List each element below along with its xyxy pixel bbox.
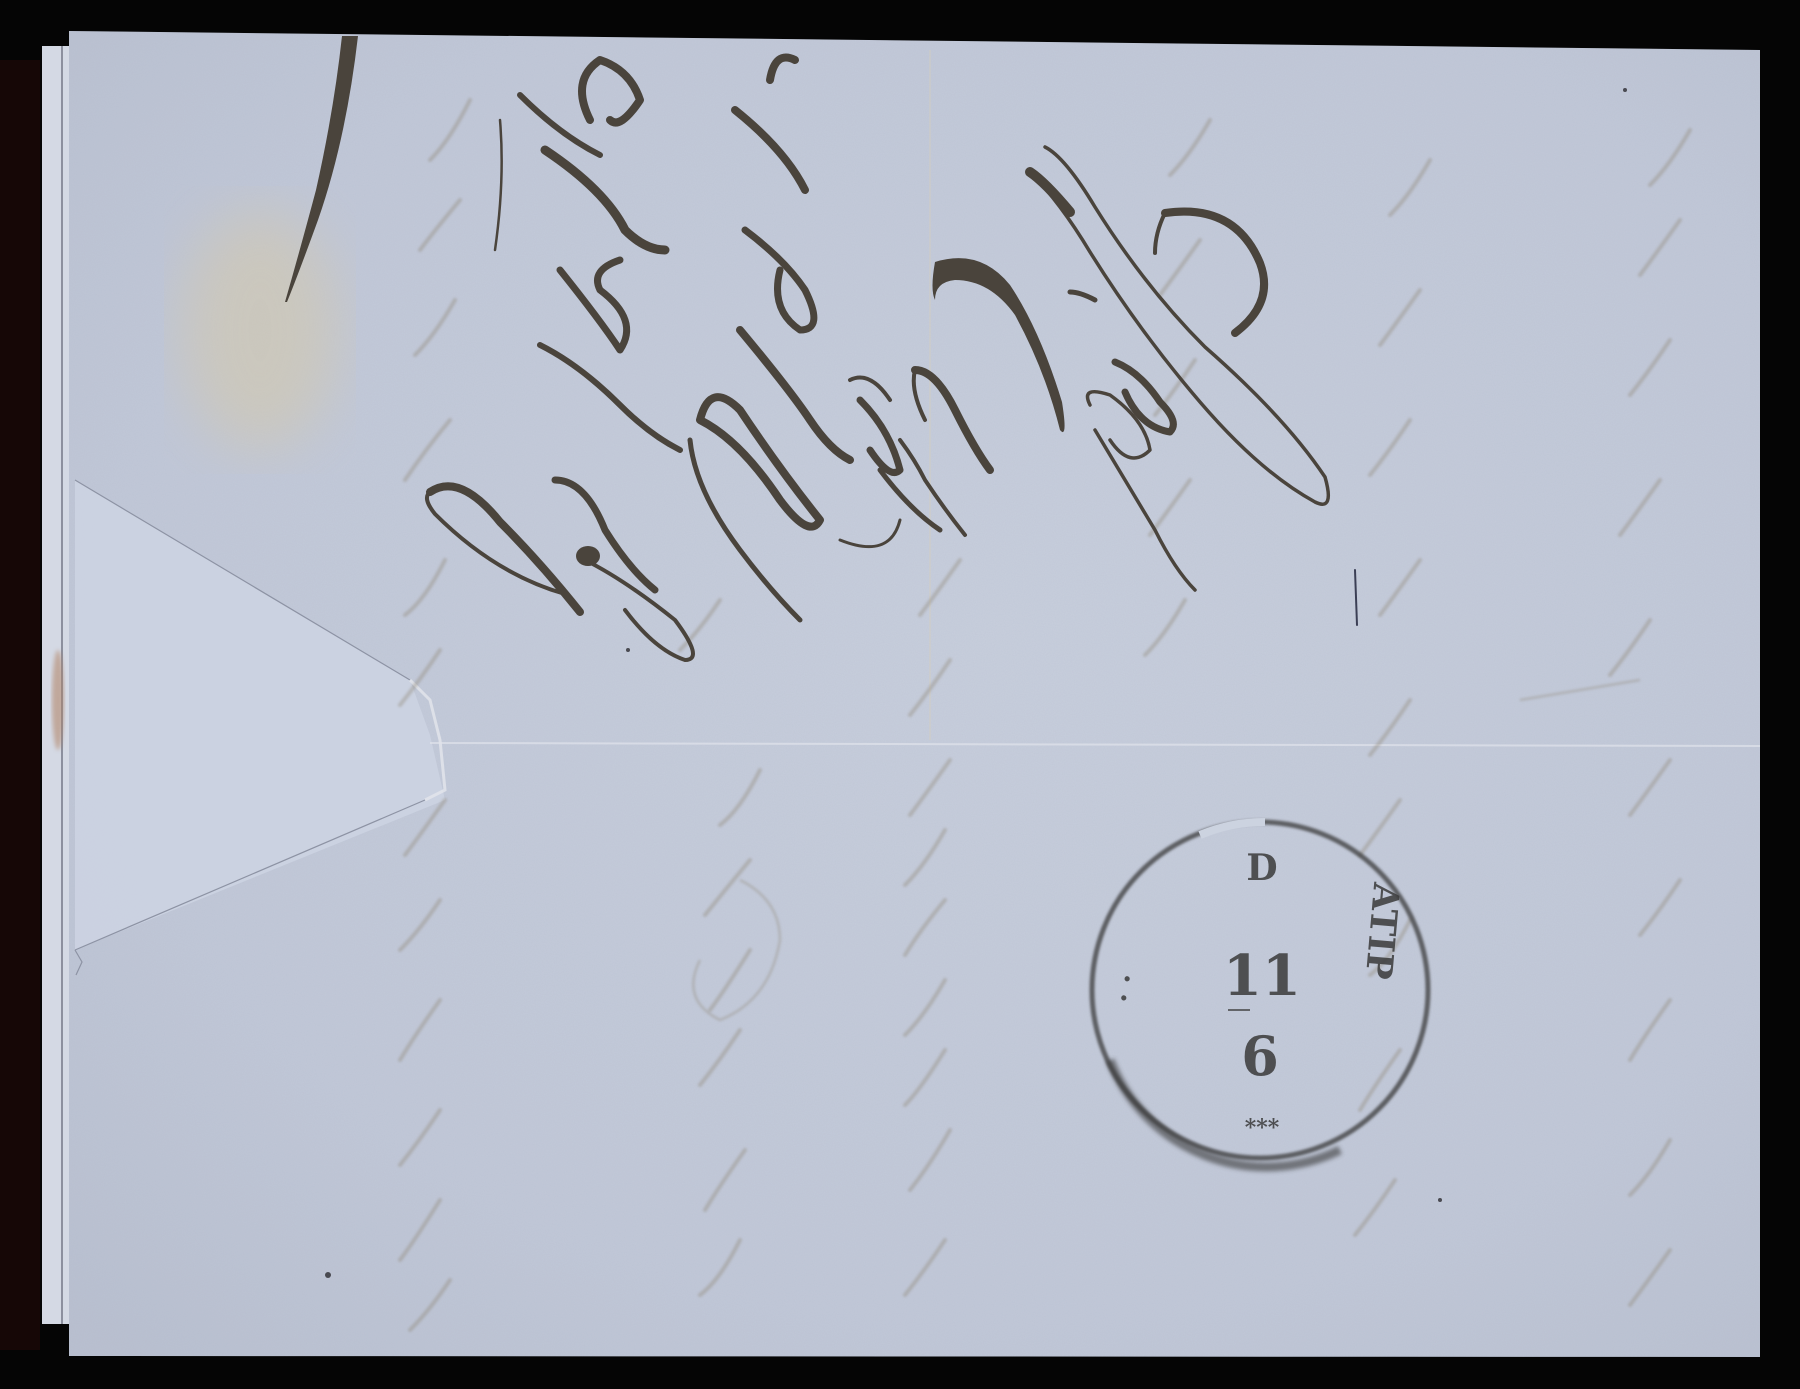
postmark-month: 6 [1241,1024,1279,1088]
postmark-day: 11 [1223,943,1301,1009]
dark-red-left-edge [0,60,40,1350]
postmark-top-text: D [1246,847,1277,889]
letter-photograph: D ATIP · · 11 6 *** [0,0,1800,1389]
postmark-bottom-text: *** [1245,1115,1280,1141]
rust-spot [52,650,64,750]
postmark-right-text: ATIP [1357,880,1407,981]
postmark-left-text: · · [1107,971,1145,1006]
foxing-stain [180,210,340,450]
